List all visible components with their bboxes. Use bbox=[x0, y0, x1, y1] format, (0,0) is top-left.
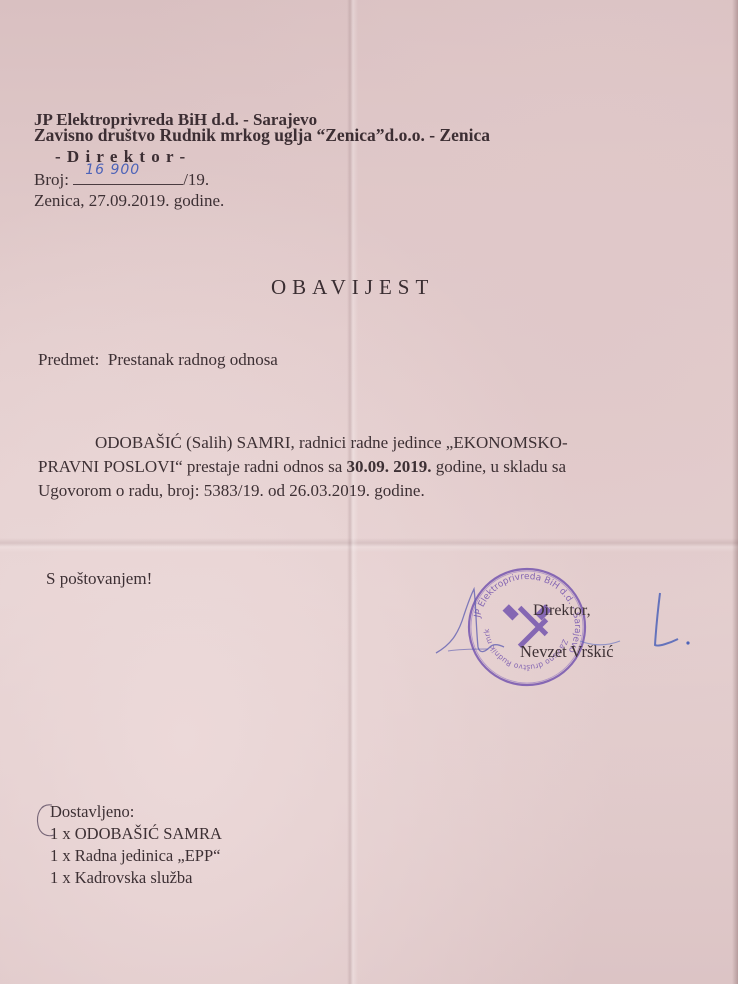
distribution-item: 1 x ODOBAŠIĆ SAMRA bbox=[50, 826, 222, 843]
document-title: OBAVIJEST bbox=[271, 277, 434, 298]
broj-handwritten-value: 16 900 bbox=[85, 163, 140, 177]
body-line-2: PRAVNI POSLOVI“ prestaje radni odnos sa … bbox=[38, 458, 566, 475]
paper-edge-shadow bbox=[732, 0, 738, 984]
reference-number: Broj: 16 900 /19. bbox=[34, 169, 209, 188]
closing-salutation: S poštovanjem! bbox=[46, 570, 152, 587]
subject-text: Prestanak radnog odnosa bbox=[108, 350, 278, 369]
body-line-2-end: godine, u skladu sa bbox=[432, 457, 567, 476]
distribution-item: 1 x Kadrovska služba bbox=[50, 870, 193, 887]
broj-fill-line: 16 900 bbox=[73, 169, 183, 185]
place-date: Zenica, 27.09.2019. godine. bbox=[34, 192, 224, 209]
distribution-label: Dostavljeno: bbox=[50, 804, 134, 821]
broj-suffix: /19. bbox=[183, 170, 209, 189]
body-line-3: Ugovorom o radu, broj: 5383/19. od 26.03… bbox=[38, 482, 425, 499]
signatory-name: Nevzet Vrškić bbox=[520, 644, 614, 661]
signatory-role: Direktor, bbox=[533, 603, 591, 619]
termination-date: 30.09. 2019. bbox=[347, 457, 432, 476]
broj-label: Broj: bbox=[34, 170, 69, 189]
body-line-2-text: PRAVNI POSLOVI“ prestaje radni odnos sa bbox=[38, 457, 347, 476]
body-line-1: ODOBAŠIĆ (Salih) SAMRI, radnici radne je… bbox=[95, 434, 568, 451]
subject-label: Predmet: bbox=[38, 350, 99, 369]
header-subsidiary: Zavisno društvo Rudnik mrkog uglja “Zeni… bbox=[34, 127, 490, 145]
subject-line: Predmet: Prestanak radnog odnosa bbox=[38, 351, 278, 368]
official-stamp: JP Elektroprivreda BiH d.d. - Sarajevo Z… bbox=[466, 566, 588, 688]
distribution-item: 1 x Radna jedinica „EPP“ bbox=[50, 848, 220, 865]
